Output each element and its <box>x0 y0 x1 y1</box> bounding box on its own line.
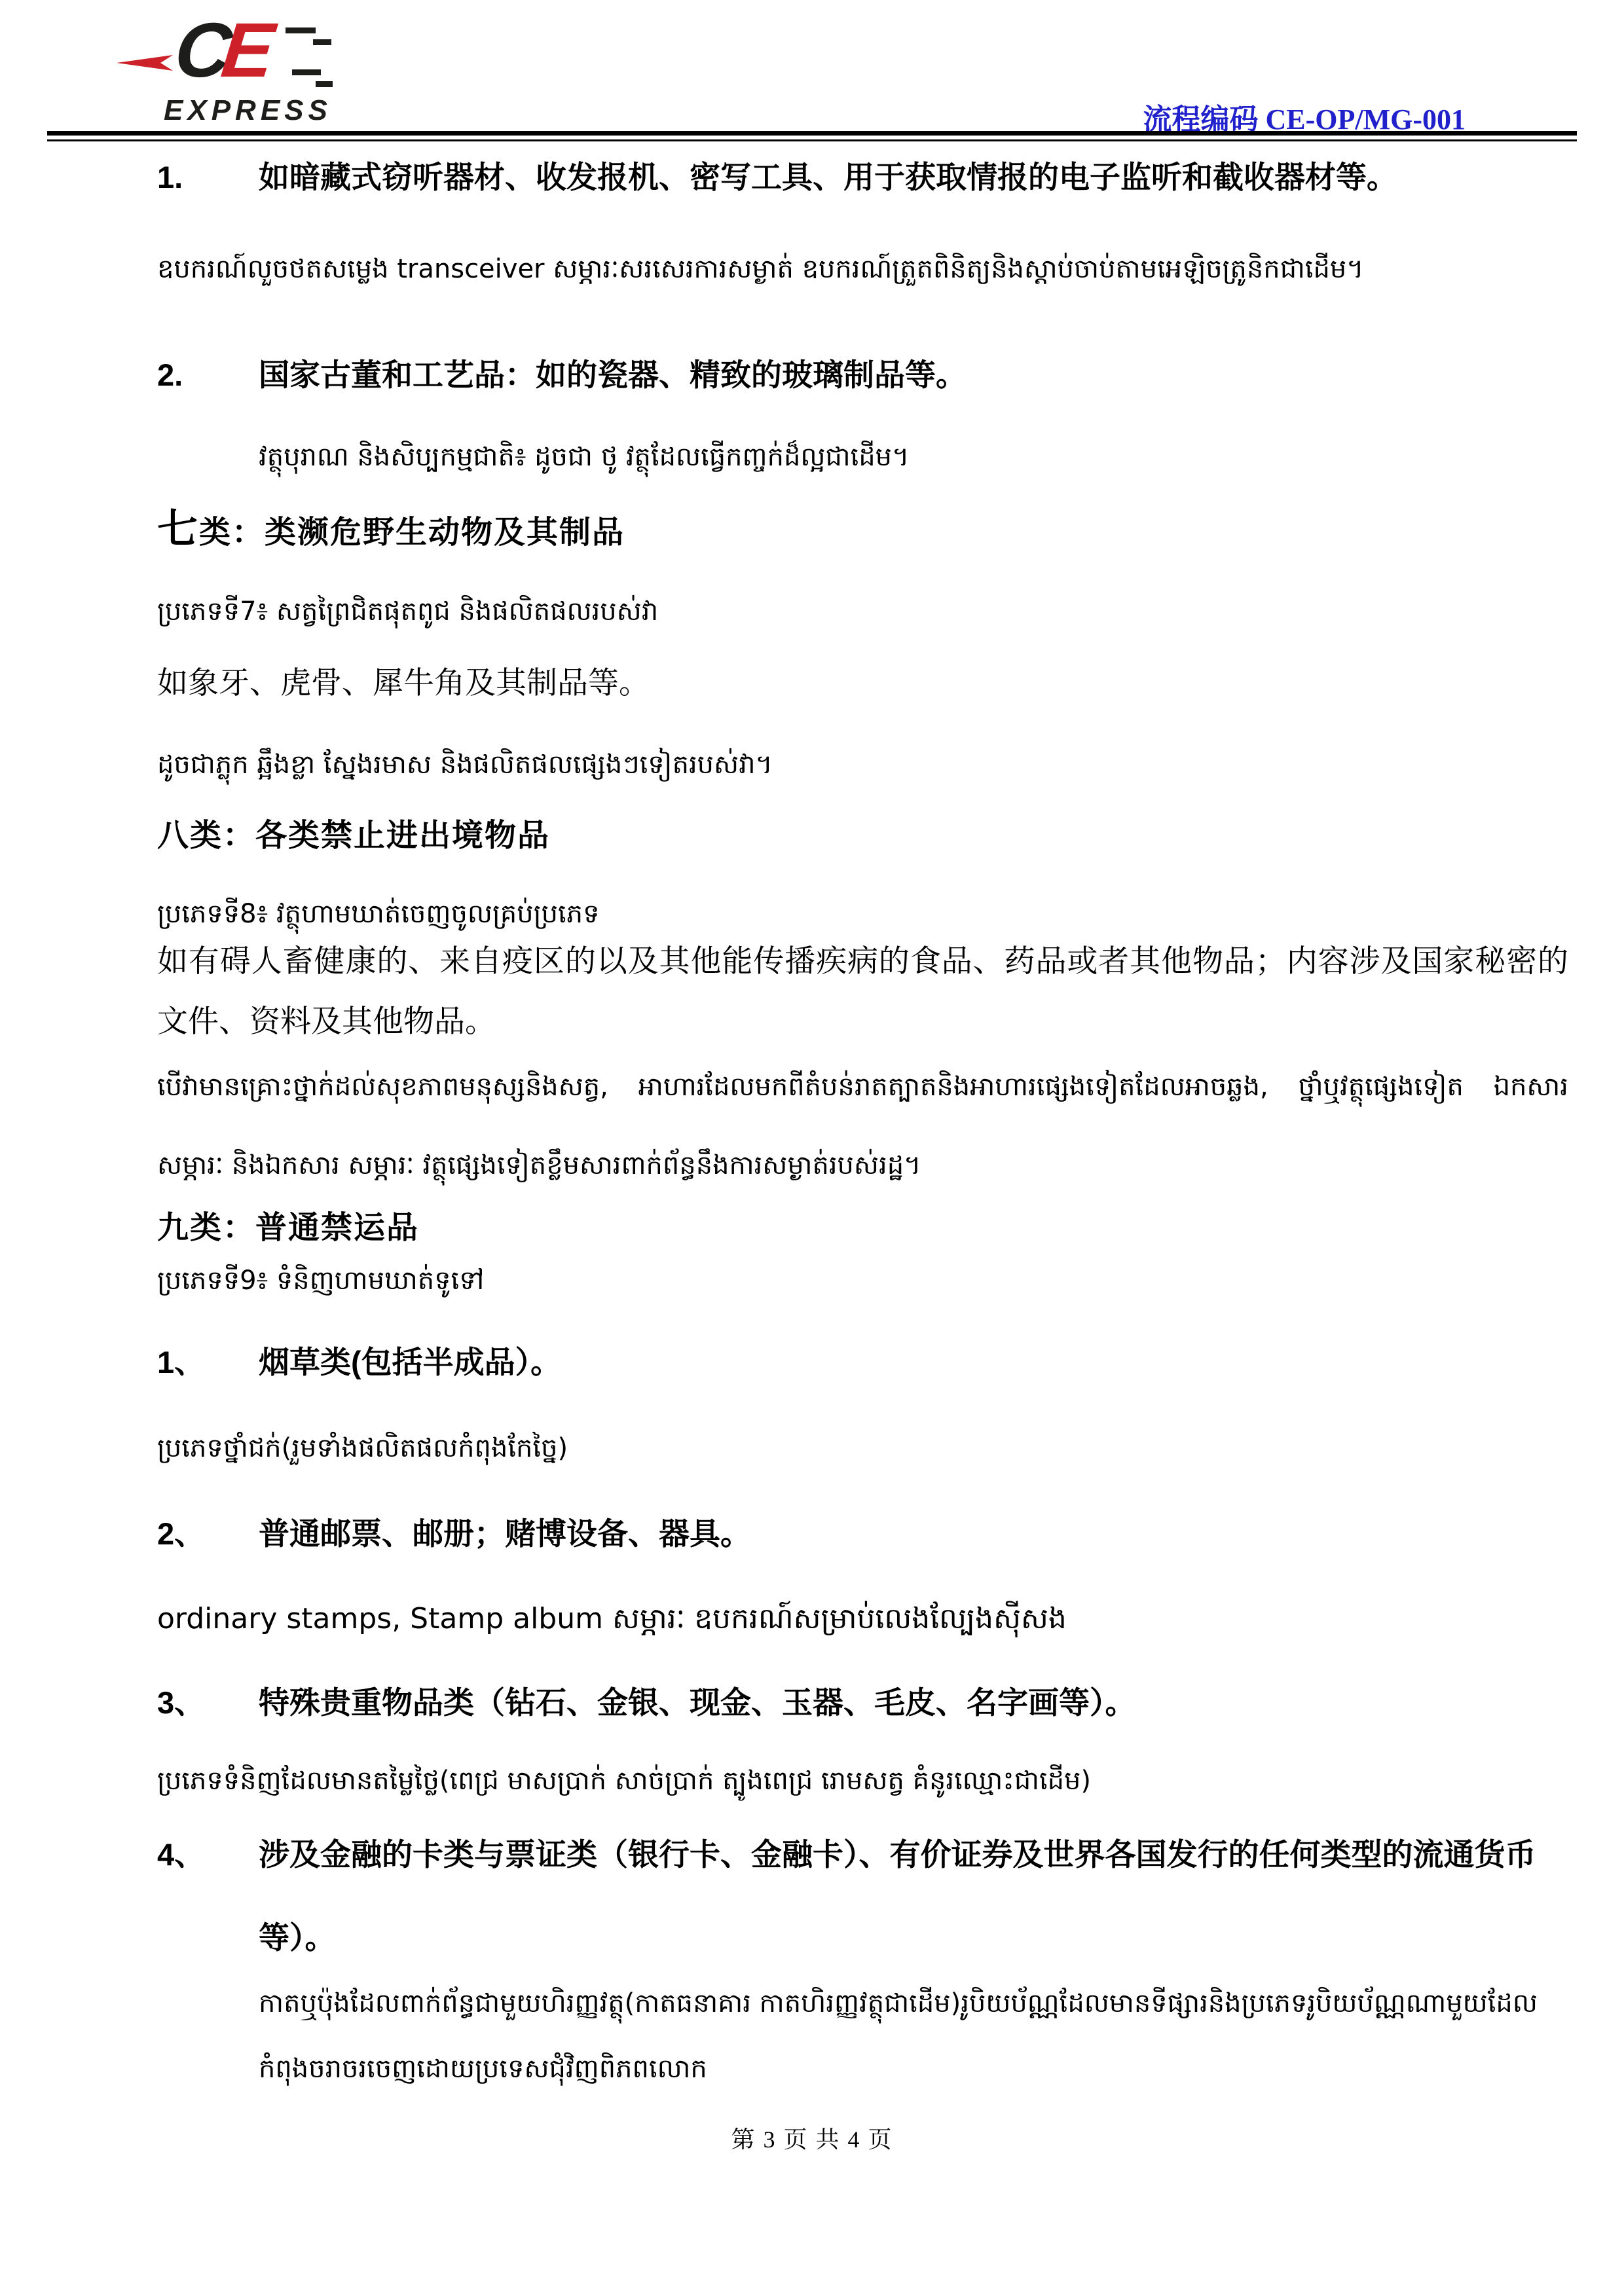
item-text: 特殊贵重物品类（钻石、金银、现金、玉器、毛皮、名字画等）。 <box>259 1683 1568 1722</box>
category-7-examples-km: ដូចជាភ្លុក ឆ្អឹងខ្លា ស្នែងរមាស និងផលិតផល… <box>157 748 1568 782</box>
category-8-title: 类：各类禁止进出境物品 <box>190 818 550 853</box>
general-item-1-km: ប្រភេទថ្នាំជក់(រួមទាំងផលិតផលកំពុងកែច្នៃ) <box>157 1431 1568 1465</box>
general-item-1-zh: 1、烟草类(包括半成品）。 <box>157 1342 1568 1382</box>
logo-swoosh-icon <box>117 55 173 71</box>
item-number: 1、 <box>157 1342 259 1382</box>
category-9-km: ប្រភេទទី9៖ ទំនិញហាមឃាត់ទូទៅ <box>157 1264 1568 1298</box>
item-number: 1. <box>157 157 259 197</box>
category-8-heading: 八类：各类禁止进出境物品 <box>157 816 1568 856</box>
logo-letters: CE <box>172 12 268 89</box>
page-footer: 第 3 页 共 4 页 <box>0 2121 1624 2155</box>
category-7-title: 类：类濒危野生动物及其制品 <box>199 515 625 550</box>
prohibited-item-1-zh: 1.如暗藏式窃听器材、收发报机、密写工具、用于获取情报的电子监听和截收器材等。 <box>157 157 1568 197</box>
document-page: CE EXPRESS 流程编码 CE-OP/MG-001 1.如暗藏式窃听器材、… <box>0 0 1624 2296</box>
speed-line-icon <box>313 39 331 45</box>
ce-express-logo: CE EXPRESS <box>124 18 327 128</box>
item-number: 4、 <box>157 1813 259 1980</box>
item-number: 2、 <box>157 1514 259 1554</box>
prohibited-item-1-km: ឧបករណ៍លួចថតសម្លេង transceiver សម្ភារៈសរស… <box>157 252 1568 286</box>
general-item-3-zh: 3、特殊贵重物品类（钻石、金银、现金、玉器、毛皮、名字画等）。 <box>157 1683 1568 1722</box>
item-text: 普通邮票、邮册；赌博设备、器具。 <box>259 1514 1568 1554</box>
general-item-2-en-km: ordinary stamps, Stamp album សម្ភារៈ ឧបក… <box>157 1600 1568 1637</box>
category-7-heading: 七类：类濒危野生动物及其制品 <box>157 509 1568 553</box>
speed-line-icon <box>292 69 321 75</box>
logo-letter-e: E <box>217 7 269 94</box>
general-item-3-km: ប្រភេទទំនិញដែលមានតម្លៃថ្លៃ(ពេជ្រ មាសប្រា… <box>157 1764 1568 1798</box>
category-8-prefix: 八 <box>157 818 190 853</box>
category-9-heading: 九类：普通禁运品 <box>157 1208 1568 1248</box>
speed-line-icon <box>316 81 333 87</box>
category-8-desc-km: បើវាមានគ្រោះថ្នាក់ដល់សុខភាពមនុស្សនិងសត្វ… <box>157 1048 1568 1205</box>
category-7-examples-zh: 如象牙、虎骨、犀牛角及其制品等。 <box>157 664 1568 704</box>
item-text: 国家古董和工艺品：如的瓷器、精致的玻璃制品等。 <box>259 355 1568 395</box>
category-8-desc-zh: 如有碍人畜健康的、来自疫区的以及其他能传播疾病的食品、药品或者其他物品；内容涉及… <box>157 932 1568 1052</box>
speed-line-icon <box>286 27 316 33</box>
category-9-prefix: 九 <box>157 1211 190 1245</box>
category-9-title: 类：普通禁运品 <box>190 1211 419 1245</box>
category-8-km: ប្រភេទទី8៖ វត្ថុហាមឃាត់ចេញចូលគ្រប់ប្រភេទ <box>157 897 1568 931</box>
item-text: 烟草类(包括半成品）。 <box>259 1342 1568 1382</box>
item-text: 如暗藏式窃听器材、收发报机、密写工具、用于获取情报的电子监听和截收器材等。 <box>259 157 1568 197</box>
general-item-2-zh: 2、普通邮票、邮册；赌博设备、器具。 <box>157 1514 1568 1554</box>
item-number: 2. <box>157 355 259 395</box>
ce-logo-mark: CE <box>124 18 327 96</box>
express-wordmark: EXPRESS <box>164 94 332 127</box>
general-item-4-km: កាតឬប៉ុងដែលពាក់ព័ន្ធជាមួយហិរញ្ញវត្ថុ(កាត… <box>157 1971 1568 2102</box>
prohibited-item-2-zh: 2.国家古董和工艺品：如的瓷器、精致的玻璃制品等。 <box>157 355 1568 395</box>
category-7-prefix: 七 <box>157 507 199 552</box>
general-item-4-zh: 4、涉及金融的卡类与票证类（银行卡、金融卡）、有价证券及世界各国发行的任何类型的… <box>157 1813 1568 1980</box>
prohibited-item-2-km: វត្ថុបុរាណ និងសិប្បកម្មជាតិ៖ ដូចជា ថូ វត… <box>157 440 1568 474</box>
item-number: 3、 <box>157 1683 259 1722</box>
header-double-rule <box>47 131 1577 141</box>
item-text: 涉及金融的卡类与票证类（银行卡、金融卡）、有价证券及世界各国发行的任何类型的流通… <box>259 1813 1568 1980</box>
category-7-km: ប្រភេទទី7៖ សត្វព្រៃជិតផុតពូជ និងផលិតផលរប… <box>157 594 1568 629</box>
